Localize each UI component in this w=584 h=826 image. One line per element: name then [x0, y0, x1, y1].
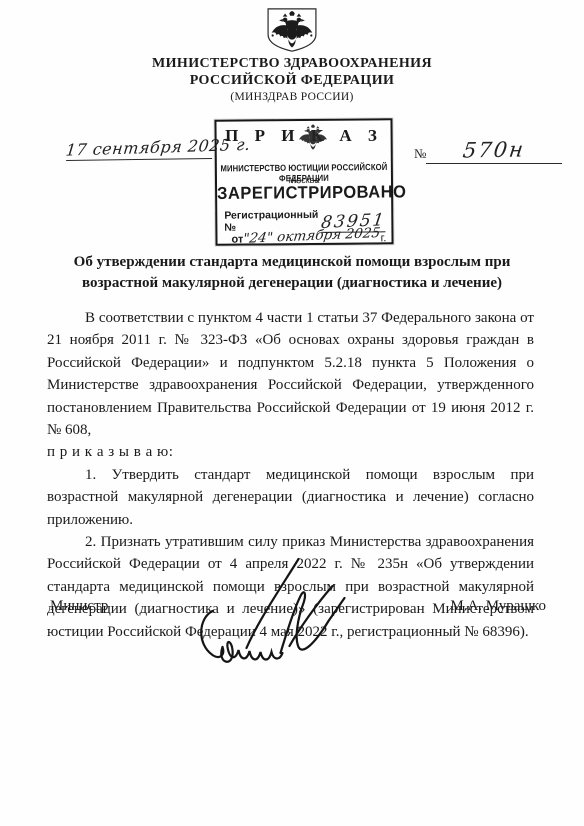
stamp-registered-status: ЗАРЕГИСТРИРОВАНО	[217, 183, 391, 204]
stamp-date-value: "24" октября 2025	[243, 227, 379, 245]
stamp-registration-date-row: от "24" октября 2025 г.	[231, 227, 381, 245]
issue-date-field: 17 сентября 2025 г.	[66, 137, 212, 161]
issuing-authority-header: МИНИСТЕРСТВО ЗДРАВООХРАНЕНИЯ РОССИЙСКОЙ …	[0, 55, 584, 103]
stamp-eagle-icon	[297, 118, 329, 156]
ministry-name-line1: МИНИСТЕРСТВО ЗДРАВООХРАНЕНИЯ	[0, 55, 584, 72]
issue-number-field: № 570н	[414, 138, 562, 164]
number-sign-label: №	[414, 146, 426, 164]
ministry-name-line2: РОССИЙСКОЙ ФЕДЕРАЦИИ	[0, 72, 584, 89]
signer-position-title: Министр	[50, 598, 108, 615]
stamp-date-suffix: г.	[380, 232, 387, 244]
ministry-short-name: (МИНЗДРАВ РОССИИ)	[0, 91, 584, 103]
russia-coat-of-arms-icon	[262, 7, 322, 53]
document-page: МИНИСТЕРСТВО ЗДРАВООХРАНЕНИЯ РОССИЙСКОЙ …	[0, 0, 584, 826]
decree-word: п р и к а з ы в а ю:	[47, 441, 534, 463]
minister-signature	[192, 556, 348, 671]
signer-name: М.А. Мурашко	[450, 598, 546, 615]
issue-number-value: 570н	[426, 138, 562, 164]
preamble-paragraph: В соответствии с пунктом 4 части 1 стать…	[47, 307, 534, 441]
order-item-1: 1. Утвердить стандарт медицинской помощи…	[47, 464, 534, 531]
order-title: Об утверждении стандарта медицинской пом…	[47, 252, 537, 294]
